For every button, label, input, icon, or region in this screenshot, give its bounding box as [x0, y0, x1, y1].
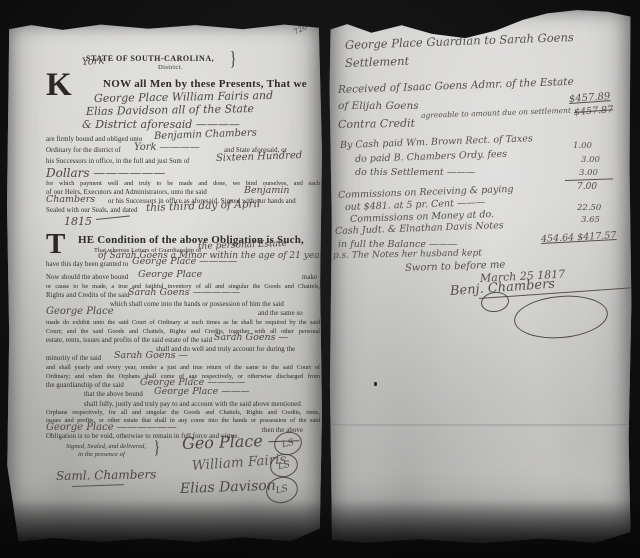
heading-brace: } — [230, 47, 236, 71]
printed-line: the guardianship of the said — [46, 382, 124, 389]
amount-corrected: $457.87 — [574, 104, 614, 118]
principal-names-line: Elias Davidson all of the State — [86, 102, 254, 118]
seal-ls: LS — [277, 459, 291, 472]
obligee-name: Benjamin Chambers — [154, 127, 257, 142]
credit-item: do this Settlement ——— — [355, 167, 475, 178]
bond-page: 720 STATE OF SOUTH-CAROLINA, } District.… — [6, 22, 322, 544]
guardian-name: George Place —————— — [46, 422, 177, 433]
attestation-line: in the presence of — [78, 451, 125, 458]
printed-line: make — [302, 274, 317, 281]
district-name: York ———— — [134, 142, 200, 153]
page-number-note: 720 — [292, 22, 309, 37]
witness-signature: Saml. Chambers — [56, 467, 157, 483]
credit-amount: 3.00 — [579, 168, 598, 178]
ward-name: Sarah Goens ————— — [128, 287, 240, 298]
amount-received: $457.89 — [569, 91, 611, 105]
received-line: Received of Isaac Goens Admr. of the Est… — [338, 76, 574, 96]
ink-flourish — [96, 215, 130, 220]
year-handwritten: 1815 — [64, 215, 92, 228]
printed-line: are firmly bound and obliged unto — [46, 136, 142, 143]
printed-line: minority of the said — [46, 355, 101, 362]
printed-line: his Successors in office, in the full an… — [46, 158, 190, 165]
ward-name: Sarah Goens — — [114, 350, 188, 361]
printed-line: shall fully, justly and truly pay to and… — [84, 401, 301, 408]
district-label: District. — [158, 64, 183, 71]
dropcap-t: T — [46, 230, 65, 259]
attestation-line: Signed, Sealed, and delivered, — [66, 443, 146, 450]
printed-line: that the above bound — [84, 391, 143, 398]
guardian-name: George Place ———— — [132, 256, 237, 267]
sum-rule — [565, 178, 613, 181]
date-handwritten: this third day of April — [146, 198, 261, 214]
guardian-name: George Place ——— — [154, 386, 250, 397]
dropcap-k: K — [46, 69, 72, 102]
notes-remark: p.s. The Notes her husband kept — [333, 248, 482, 261]
printed-line: Ordinary for the district of — [46, 147, 121, 154]
guardian-name: George Place — [46, 306, 114, 317]
printed-line: Now should the above bound — [46, 274, 128, 281]
ward-name: Sarah Goens — — [214, 332, 288, 343]
obligee-name: Benjamin — [244, 185, 290, 196]
document-scan: 720 STATE OF SOUTH-CAROLINA, } District.… — [0, 0, 640, 558]
balance-amount: 454.64 $417.57 — [541, 230, 617, 245]
interlineation-note: agreeable to amount due on settlement — [421, 106, 571, 120]
commission-amount: 22.50 — [577, 203, 601, 213]
opening-line: NOW all Men by these Presents, That we — [103, 78, 307, 90]
credit-amount: 1.00 — [573, 141, 592, 151]
printed-line: Rights and Credits of the said — [46, 292, 130, 299]
signature-elias-davison: Elias Davison — [180, 478, 276, 497]
settlement-page: George Place Guardian to Sarah Goens Set… — [329, 8, 632, 546]
attestation-brace: } — [154, 436, 160, 459]
printed-line: have this day been granted to — [46, 261, 128, 268]
printed-line: Sealed with our Seals, and dated — [46, 207, 138, 214]
penal-sum: Sixteen Hundred — [216, 150, 303, 164]
received-line: of Elijah Goens — [338, 100, 419, 112]
guardian-name: George Place — [138, 269, 202, 280]
ink-blot — [374, 382, 377, 386]
form-state-heading: STATE OF SOUTH-CAROLINA, — [86, 54, 214, 63]
printed-line: and shall yearly and every year, render … — [46, 364, 320, 373]
commission-amount: 3.65 — [581, 215, 600, 225]
dollars-handwritten: Dollars —————— — [46, 166, 165, 180]
printed-line: which shall come into the hands or posse… — [110, 301, 284, 308]
paper-crease — [331, 424, 630, 427]
credit-amount: 3.00 — [581, 155, 600, 165]
signature-flourish-loop — [512, 292, 609, 342]
subtotal-amount: 7.00 — [577, 182, 597, 192]
ink-flourish — [72, 484, 124, 487]
settlement-title: George Place Guardian to Sarah Goens — [345, 30, 574, 52]
printed-line: estate, rents, issues and profits of the… — [46, 337, 212, 344]
credit-item: do paid B. Chambers Ordy. fees — [355, 149, 507, 165]
obligee-name: Chambers — [46, 194, 95, 205]
district-handwritten: York — [82, 55, 105, 68]
settlement-subtitle: Settlement — [345, 54, 410, 70]
seal-ls: LS — [275, 484, 289, 497]
seal-ls: LS — [281, 437, 295, 450]
printed-line: and the same so — [258, 310, 303, 317]
printed-line: made do exhibit unto the said Court of O… — [46, 319, 320, 328]
contra-credit-heading: Contra Credit — [338, 117, 415, 131]
